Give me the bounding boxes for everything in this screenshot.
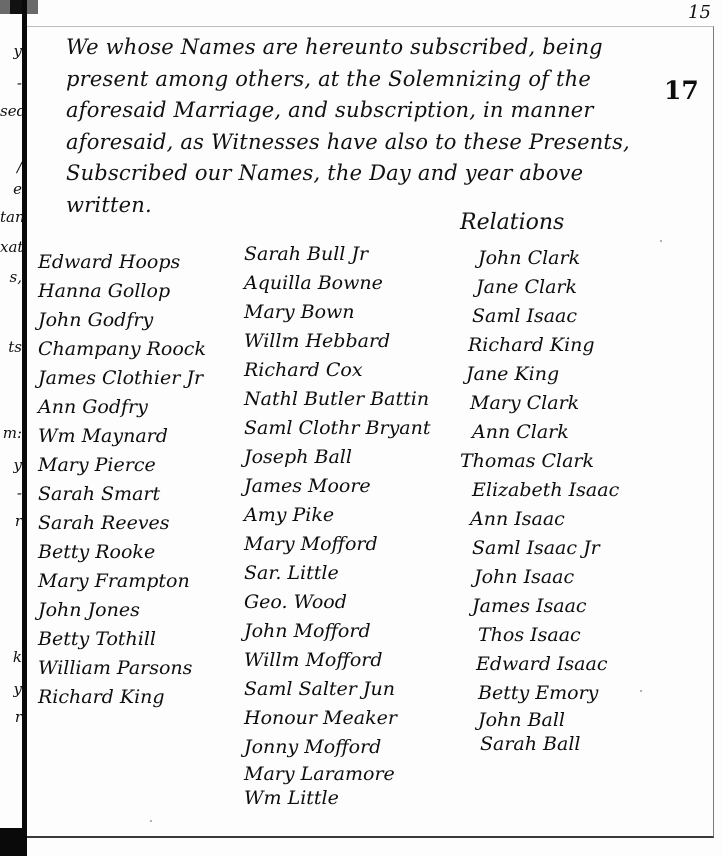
facing-page-text-fragment: xatu bbox=[0, 238, 22, 256]
witness-signature: Hanna Gollop bbox=[38, 277, 206, 306]
witness-signature: Wm Maynard bbox=[38, 422, 206, 451]
witness-signature: Mary Mofford bbox=[244, 530, 431, 559]
preamble-line: present among others, at the Solemnizing… bbox=[66, 64, 686, 96]
witness-signature: John Jones bbox=[38, 596, 206, 625]
relation-signature: John Ball bbox=[456, 708, 619, 732]
preamble-line: aforesaid Marriage, and subscription, in… bbox=[66, 95, 686, 127]
facing-page-text-fragment: r bbox=[0, 708, 22, 726]
facing-page-text-fragment: k bbox=[0, 648, 22, 666]
witness-signature: John Mofford bbox=[244, 617, 431, 646]
witness-signature: Aquilla Bowne bbox=[244, 269, 431, 298]
relation-signature: Saml Isaac Jr bbox=[456, 534, 619, 563]
witness-signature: Amy Pike bbox=[244, 501, 431, 530]
page-number-handwritten: 15 bbox=[688, 2, 711, 23]
previous-page-margin: y-sed/etandxatus,tsm:y-rkyr bbox=[0, 0, 22, 856]
witness-signature: Betty Rooke bbox=[38, 538, 206, 567]
witness-signature: Mary Frampton bbox=[38, 567, 206, 596]
relation-signature: Richard King bbox=[456, 331, 619, 360]
preamble-line: We whose Names are hereunto subscribed, … bbox=[66, 32, 686, 64]
relation-signature: Jane King bbox=[456, 360, 619, 389]
witness-signature: Betty Tothill bbox=[38, 625, 206, 654]
witness-signature: Mary Laramore bbox=[244, 762, 431, 786]
scan-speck bbox=[150, 820, 152, 822]
relation-signature: Ann Clark bbox=[456, 418, 619, 447]
relations-column: John Clark Jane Clark Saml Isaac Richard… bbox=[456, 244, 619, 756]
facing-page-text-fragment: e bbox=[0, 180, 22, 198]
relation-signature: Jane Clark bbox=[456, 273, 619, 302]
facing-page-text-fragment: y bbox=[0, 42, 22, 60]
witness-signature: Willm Hebbard bbox=[244, 327, 431, 356]
witness-signature: James Moore bbox=[244, 472, 431, 501]
witness-signature: Sar. Little bbox=[244, 559, 431, 588]
witness-signature: Willm Mofford bbox=[244, 646, 431, 675]
witness-signature: John Godfry bbox=[38, 306, 206, 335]
scan-speck bbox=[660, 240, 662, 242]
witness-signature: Edward Hoops bbox=[38, 248, 206, 277]
relation-signature: Elizabeth Isaac bbox=[456, 476, 619, 505]
facing-page-text-fragment: sed bbox=[0, 102, 22, 120]
relation-signature: John Isaac bbox=[456, 563, 619, 592]
preamble-line: aforesaid, as Witnesses have also to the… bbox=[66, 127, 686, 159]
witness-signature: Ann Godfry bbox=[38, 393, 206, 422]
facing-page-text-fragment: s, bbox=[0, 268, 22, 286]
facing-page-text-fragment: r bbox=[0, 512, 22, 530]
relation-signature: Thos Isaac bbox=[456, 621, 619, 650]
relation-signature: Edward Isaac bbox=[456, 650, 619, 679]
witness-signature: Jonny Mofford bbox=[244, 733, 431, 762]
scan-speck bbox=[640, 690, 642, 692]
relation-signature: Betty Emory bbox=[456, 679, 619, 708]
facing-page-text-fragment: tand bbox=[0, 208, 22, 226]
witness-signature: James Clothier Jr bbox=[38, 364, 206, 393]
witness-signature: Wm Little bbox=[244, 786, 431, 810]
witness-signature: Saml Clothr Bryant bbox=[244, 414, 431, 443]
witness-signature: William Parsons bbox=[38, 654, 206, 683]
witness-signature: Richard Cox bbox=[244, 356, 431, 385]
witness-signature: Richard King bbox=[38, 683, 206, 712]
witness-signature: Mary Pierce bbox=[38, 451, 206, 480]
witness-signature: Sarah Reeves bbox=[38, 509, 206, 538]
witness-signature: Sarah Smart bbox=[38, 480, 206, 509]
witness-signature: Sarah Bull Jr bbox=[244, 240, 431, 269]
facing-page-text-fragment: m: bbox=[0, 424, 22, 442]
relation-signature: Thomas Clark bbox=[456, 447, 619, 476]
relation-signature: Saml Isaac bbox=[456, 302, 619, 331]
witness-signature: Nathl Butler Battin bbox=[244, 385, 431, 414]
witness-signature: Mary Bown bbox=[244, 298, 431, 327]
facing-page-text-fragment: - bbox=[0, 74, 22, 92]
relation-signature: Mary Clark bbox=[456, 389, 619, 418]
relation-signature: Sarah Ball bbox=[456, 732, 619, 756]
witness-column-left: Edward Hoops Hanna Gollop John Godfry Ch… bbox=[38, 248, 206, 712]
relations-heading: Relations bbox=[460, 210, 564, 235]
witness-signature: Geo. Wood bbox=[244, 588, 431, 617]
witness-signature: Saml Salter Jun bbox=[244, 675, 431, 704]
facing-page-text-fragment: ts bbox=[0, 338, 22, 356]
relation-signature: John Clark bbox=[456, 244, 619, 273]
relation-signature: Ann Isaac bbox=[456, 505, 619, 534]
preamble-line: Subscribed our Names, the Day and year a… bbox=[66, 158, 686, 190]
facing-page-text-fragment: / bbox=[0, 158, 22, 176]
witness-signature: Champany Roock bbox=[38, 335, 206, 364]
relation-signature: James Isaac bbox=[456, 592, 619, 621]
witness-signature: Honour Meaker bbox=[244, 704, 431, 733]
facing-page-text-fragment: - bbox=[0, 484, 22, 502]
scanned-register-page: y-sed/etandxatus,tsm:y-rkyr 15 17 We who… bbox=[0, 0, 723, 856]
scan-speck bbox=[420, 140, 422, 142]
witness-preamble: We whose Names are hereunto subscribed, … bbox=[66, 32, 686, 221]
preamble-line: written. bbox=[66, 190, 686, 222]
facing-page-text-fragment: y bbox=[0, 680, 22, 698]
witness-column-middle: Sarah Bull Jr Aquilla Bowne Mary Bown Wi… bbox=[244, 240, 431, 810]
facing-page-text-fragment: y bbox=[0, 456, 22, 474]
witness-signature: Joseph Ball bbox=[244, 443, 431, 472]
